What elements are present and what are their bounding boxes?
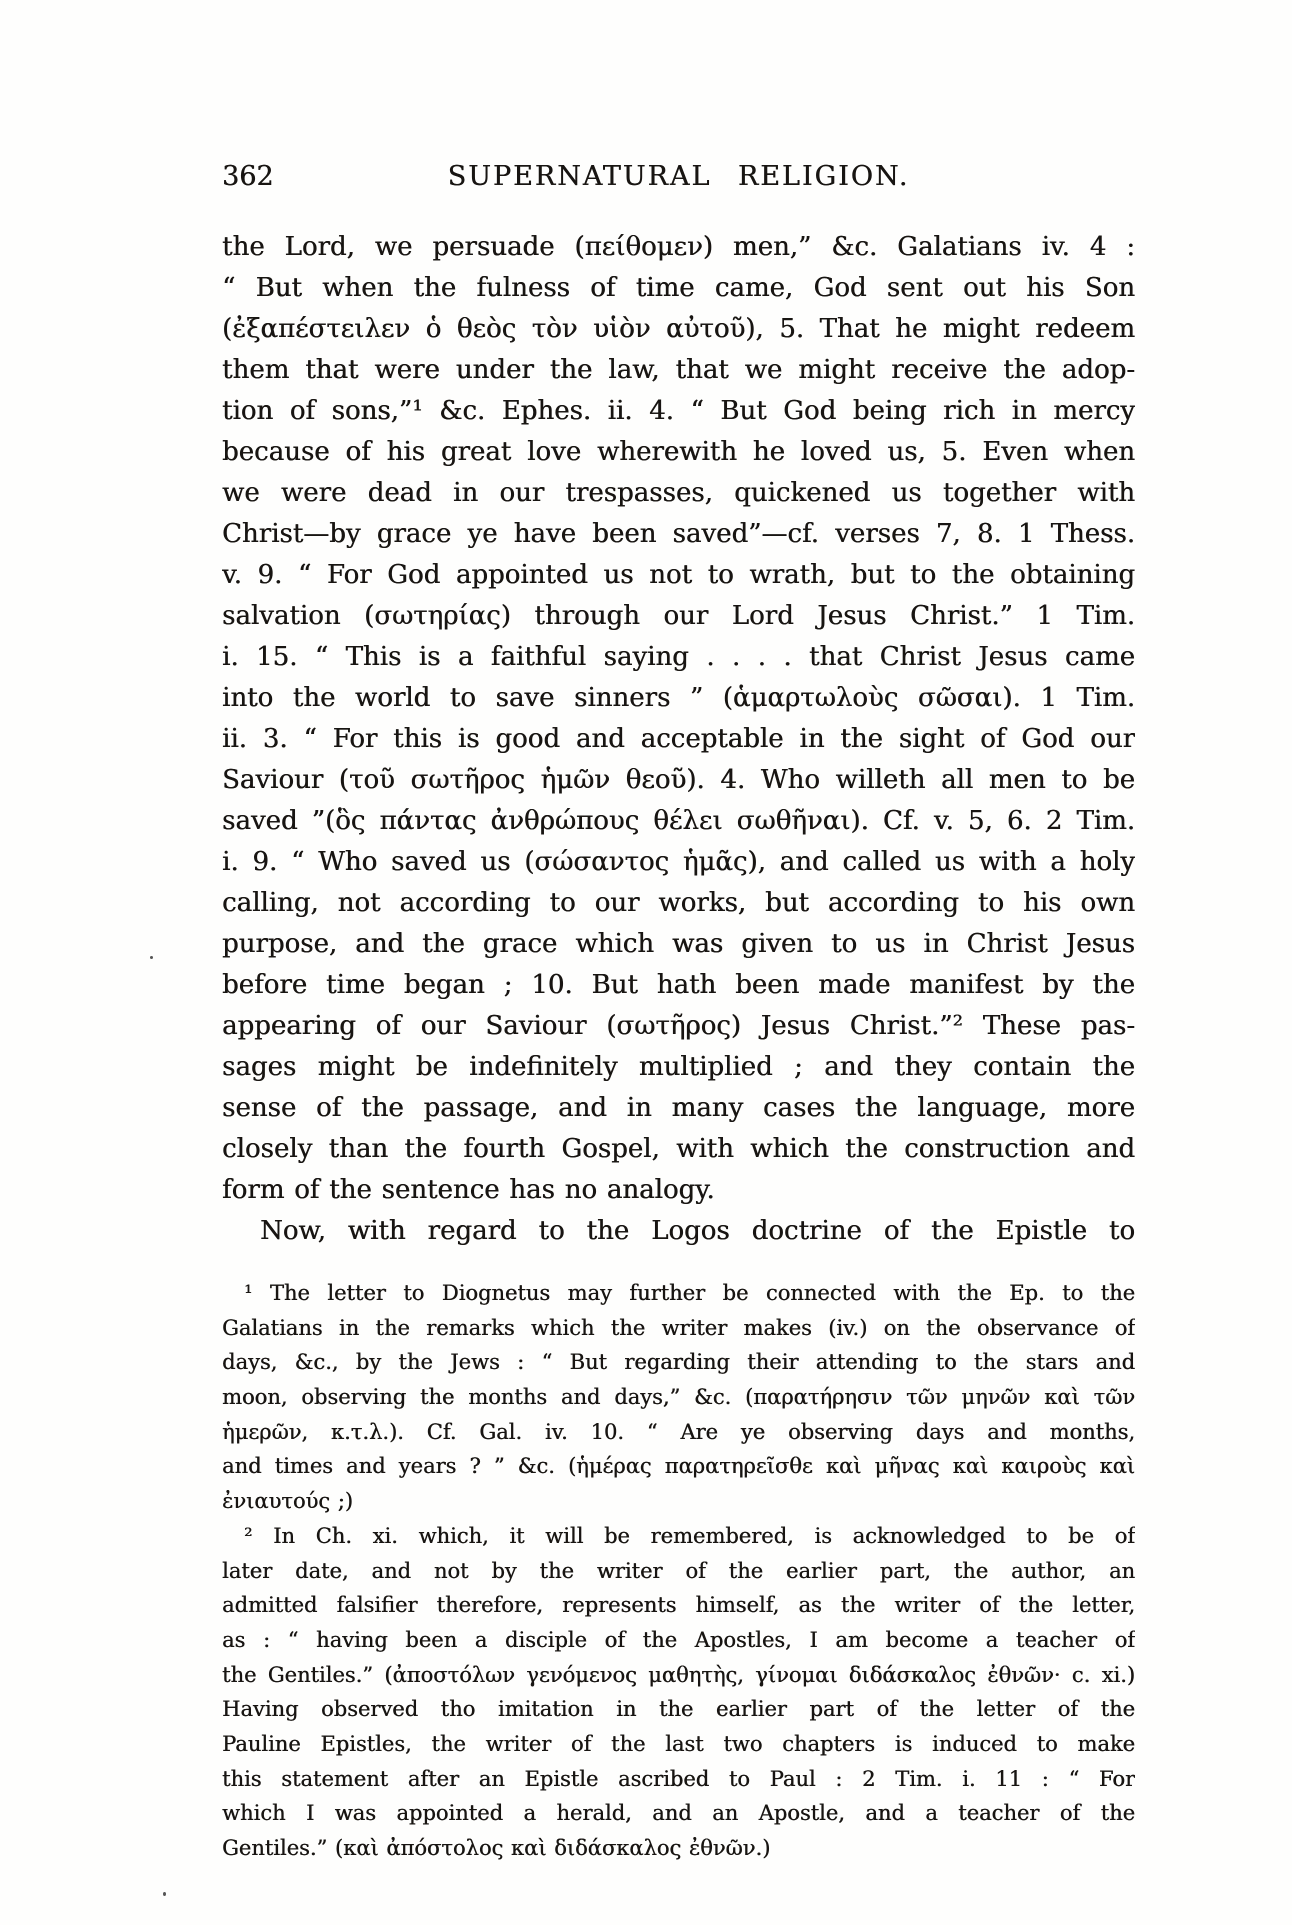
body-line: tion of sons,”¹ &c. Ephes. ii. 4. “ But … <box>222 391 1135 432</box>
body-line: Christ—by grace ye have been saved”—cf. … <box>222 514 1135 555</box>
footnote-2-line: admitted falsifier therefore, represents… <box>222 1588 1135 1623</box>
body-line: them that were under the law, that we mi… <box>222 350 1135 391</box>
body-line: v. 9. “ For God appointed us not to wrat… <box>222 555 1135 596</box>
footnote-1-line: Galatians in the remarks which the write… <box>222 1311 1135 1346</box>
body-line: we were dead in our trespasses, quickene… <box>222 473 1135 514</box>
body-line: sages might be indefinitely multiplied ;… <box>222 1047 1135 1088</box>
running-head: 362 SUPERNATURAL RELIGION. <box>222 160 1135 194</box>
scan-speck <box>163 1892 166 1896</box>
body-line: saved ”(ὃς πάντας ἀνθρώπους θέλει σωθῆνα… <box>222 801 1135 842</box>
footnote-1-line: days, &c., by the Jews : “ But regarding… <box>222 1345 1135 1380</box>
body-line: the Lord, we persuade (πείθομεν) men,” &… <box>222 227 1135 268</box>
scan-speck <box>150 956 153 959</box>
body-line-paragraph-start: Now, with regard to the Logos doctrine o… <box>222 1211 1135 1252</box>
footnotes: ¹ The letter to Diognetus may further be… <box>222 1276 1135 1866</box>
footnote-2-line: as : “ having been a disciple of the Apo… <box>222 1623 1135 1658</box>
body-line: form of the sentence has no analogy. <box>222 1170 1135 1211</box>
body-line: calling, not according to our works, but… <box>222 883 1135 924</box>
footnote-1-line: moon, observing the months and days,” &c… <box>222 1380 1135 1415</box>
body-line: ii. 3. “ For this is good and acceptable… <box>222 719 1135 760</box>
footnote-1-line: and times and years ? ” &c. (ἡμέρας παρα… <box>222 1449 1135 1484</box>
body-line: into the world to save sinners ” (ἁμαρτω… <box>222 678 1135 719</box>
running-title: SUPERNATURAL RELIGION. <box>222 160 1135 194</box>
body-line: sense of the passage, and in many cases … <box>222 1088 1135 1129</box>
body-line: Saviour (τοῦ σωτῆρος ἡμῶν θεοῦ). 4. Who … <box>222 760 1135 801</box>
footnote-2-line: Pauline Epistles, the writer of the last… <box>222 1727 1135 1762</box>
body-text: the Lord, we persuade (πείθομεν) men,” &… <box>222 227 1135 1252</box>
body-line: because of his great love wherewith he l… <box>222 432 1135 473</box>
footnote-2-line: ² In Ch. xi. which, it will be remembere… <box>222 1519 1135 1554</box>
body-line: appearing of our Saviour (σωτῆρος) Jesus… <box>222 1006 1135 1047</box>
footnote-2-line: the Gentiles.” (ἀποστόλων γενόμενος μαθη… <box>222 1658 1135 1693</box>
body-line: closely than the fourth Gospel, with whi… <box>222 1129 1135 1170</box>
page-number: 362 <box>222 160 274 194</box>
footnote-2-line: Having observed tho imitation in the ear… <box>222 1692 1135 1727</box>
book-page: 362 SUPERNATURAL RELIGION. the Lord, we … <box>0 0 1292 1925</box>
body-line: i. 9. “ Who saved us (σώσαντος ἡμᾶς), an… <box>222 842 1135 883</box>
body-line: (ἐξαπέστειλεν ὁ θεὸς τὸν υἱὸν αὐτοῦ), 5.… <box>222 309 1135 350</box>
body-line: i. 15. “ This is a faithful saying . . .… <box>222 637 1135 678</box>
footnote-2-line: Gentiles.” (καὶ ἀπόστολος καὶ διδάσκαλος… <box>222 1831 1135 1866</box>
body-line: salvation (σωτηρίας) through our Lord Je… <box>222 596 1135 637</box>
body-line: “ But when the fulness of time came, God… <box>222 268 1135 309</box>
footnote-1-line: ¹ The letter to Diognetus may further be… <box>222 1276 1135 1311</box>
footnote-2-line: which I was appointed a herald, and an A… <box>222 1796 1135 1831</box>
body-line: purpose, and the grace which was given t… <box>222 924 1135 965</box>
footnote-2-line: this statement after an Epistle ascribed… <box>222 1762 1135 1797</box>
footnote-2-line: later date, and not by the writer of the… <box>222 1554 1135 1589</box>
footnote-1-line: ἐνιαυτούς ;) <box>222 1484 1135 1519</box>
body-line: before time began ; 10. But hath been ma… <box>222 965 1135 1006</box>
footnote-1-line: ἡμερῶν, κ.τ.λ.). Cf. Gal. iv. 10. “ Are … <box>222 1415 1135 1450</box>
